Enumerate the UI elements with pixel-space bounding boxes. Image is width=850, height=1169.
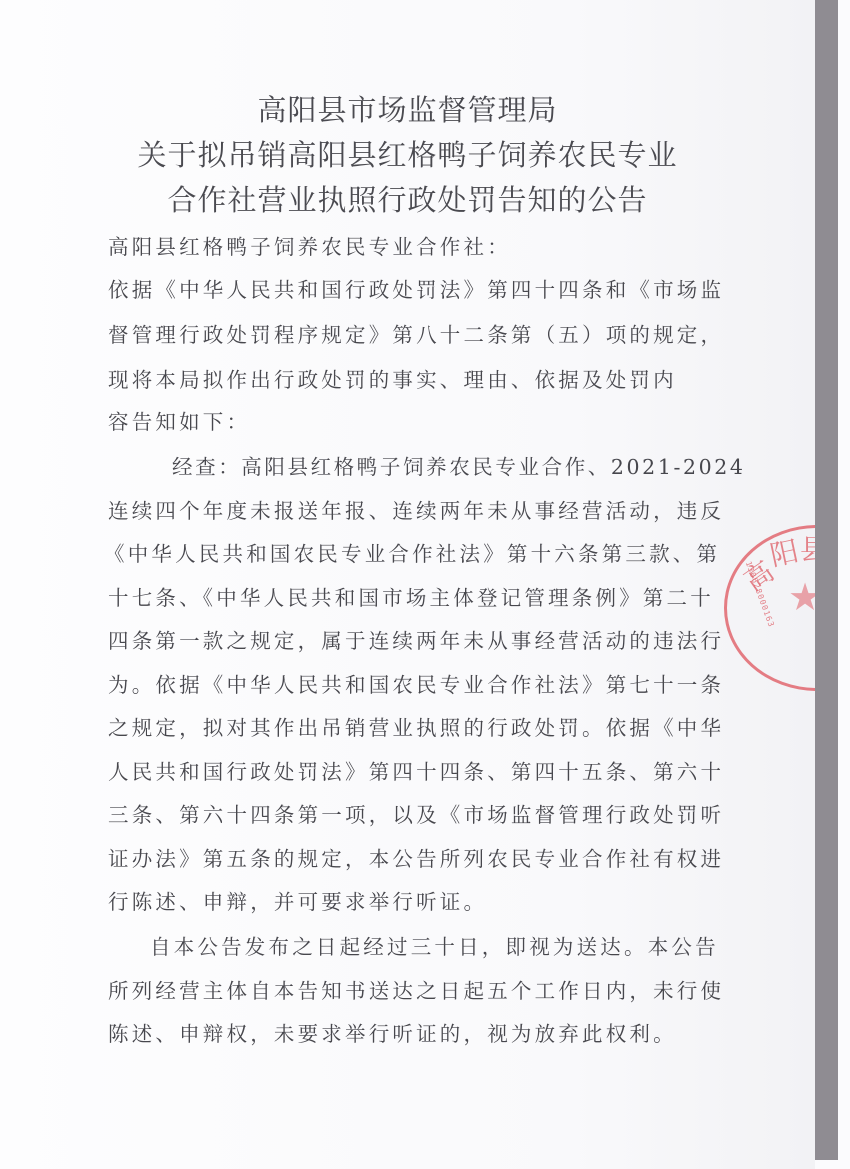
- body-line: 四条第一款之规定，属于连续两年未从事经营活动的违法行: [108, 624, 724, 654]
- intro-line: 容告知如下：: [108, 405, 250, 435]
- title-line-2: 关于拟吊销高阳县红格鸭子饲养农民专业: [0, 133, 815, 174]
- seal-char: 高: [735, 551, 781, 600]
- closing-line: 陈述、申辩权，未要求举行听证的，视为放弃此权利。: [108, 1017, 677, 1047]
- body-line: 之规定，拟对其作出吊销营业执照的行政处罚。依据《中华: [108, 711, 724, 741]
- closing-line: 自本公告发布之日起经过三十日，即视为送达。本公告: [150, 930, 719, 960]
- seal-code: 130628000163: [744, 560, 776, 629]
- title-line-3: 合作社营业执照行政处罚告知的公告: [0, 178, 815, 219]
- seal-char: 阳: [766, 530, 802, 575]
- body-line: 三条、第六十四条第一项，以及《市场监督管理行政处罚听: [108, 798, 724, 828]
- body-line: 《中华人民共和国农民专业合作社法》第十六条第三款、第: [104, 537, 720, 567]
- body-line: 人民共和国行政处罚法》第四十四条、第四十五条、第六十: [108, 755, 724, 785]
- scan-margin: [838, 0, 850, 1169]
- intro-line: 现将本局拟作出行政处罚的事实、理由、依据及处罚内: [108, 363, 677, 393]
- body-line: 为。依据《中华人民共和国农民专业合作社法》第七十一条: [108, 668, 724, 698]
- intro-line: 依据《中华人民共和国行政处罚法》第四十四条和《市场监: [108, 273, 724, 303]
- document-page: 高阳县市场监督管理局 关于拟吊销高阳县红格鸭子饲养农民专业 合作社营业执照行政处…: [0, 0, 815, 1169]
- addressee: 高阳县红格鸭子饲养农民专业合作社：: [108, 230, 511, 260]
- scan-edge-strip: [815, 0, 838, 1160]
- body-line: 十七条、《中华人民共和国市场主体登记管理条例》第二十: [108, 581, 714, 611]
- body-line: 连续四个年度未报送年报、连续两年未从事经营活动，违反: [108, 494, 724, 524]
- title-line-1: 高阳县市场监督管理局: [0, 88, 815, 129]
- closing-line: 所列经营主体自本告知书送达之日起五个工作日内，未行使: [108, 974, 724, 1004]
- seal-char: 县: [800, 528, 815, 568]
- body-line: 行陈述、申辩，并可要求举行听证。: [108, 885, 487, 915]
- seal-ring: [724, 525, 815, 691]
- body-line: 经查：高阳县红格鸭子饲养农民专业合作、2021-2024: [172, 450, 746, 480]
- intro-line: 督管理行政处罚程序规定》第八十二条第（五）项的规定，: [108, 318, 724, 348]
- body-line: 证办法》第五条的规定，本公告所列农民专业合作社有权进: [108, 842, 724, 872]
- seal-star-icon: ★: [788, 575, 815, 619]
